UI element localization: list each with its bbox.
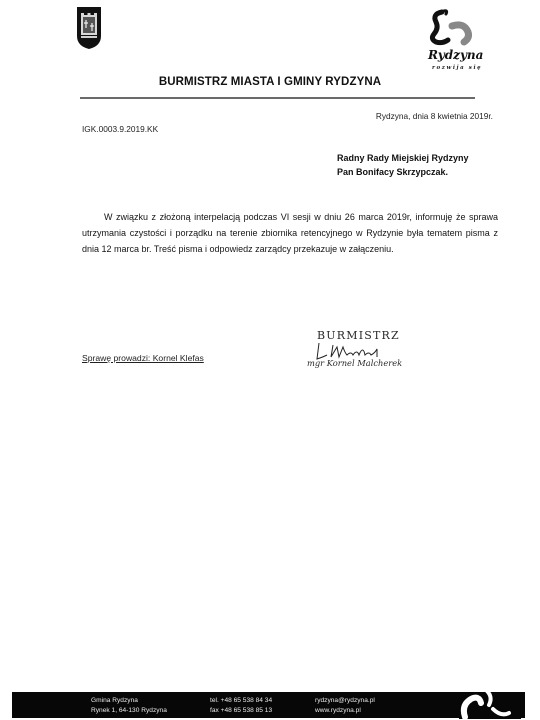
signature-stamp: BURMISTRZ mgr Kornel Malcherek xyxy=(305,325,445,385)
date-line: Rydzyna, dnia 8 kwietnia 2019r. xyxy=(376,111,493,121)
footer-bar: Gmina Rydzyna Rynek 1, 64-130 Rydzyna te… xyxy=(12,692,525,718)
footer-email[interactable]: rydzyna@rydzyna.pl xyxy=(315,696,375,706)
letterhead-title: BURMISTRZ MIASTA I GMINY RYDZYNA xyxy=(0,76,540,88)
footer-website[interactable]: www.rydzyna.pl xyxy=(315,706,375,716)
recipient-block: Radny Rady Miejskiej Rydzyny Pan Bonifac… xyxy=(337,151,469,179)
rydzyna-logo: Rydzyna rozwija się xyxy=(420,8,500,74)
reference-number: IGK.0003.9.2019.KK xyxy=(82,124,158,134)
footer-fax: fax +48 65 538 85 13 xyxy=(210,706,272,716)
letter-body: W związku z złożoną interpelacją podczas… xyxy=(82,209,498,258)
footer-tel: tel. +48 65 538 84 34 xyxy=(210,696,272,706)
footer-org: Gmina Rydzyna xyxy=(91,696,167,706)
logo-tagline: rozwija się xyxy=(432,65,482,71)
signature-name: mgr Kornel Malcherek xyxy=(307,358,402,368)
coat-of-arms-icon xyxy=(76,6,102,50)
recipient-line: Radny Rady Miejskiej Rydzyny xyxy=(337,151,469,165)
case-officer: Sprawę prowadzi: Kornel Klefas xyxy=(82,353,204,363)
logo-name: Rydzyna xyxy=(428,48,483,62)
footer-address: Rynek 1, 64-130 Rydzyna xyxy=(91,706,167,716)
header-divider xyxy=(80,97,475,99)
recipient-line: Pan Bonifacy Skrzypczak. xyxy=(337,165,469,179)
swirl-logo-icon xyxy=(459,687,521,719)
swirl-logo-icon xyxy=(420,8,500,48)
body-paragraph: W związku z złożoną interpelacją podczas… xyxy=(82,209,498,258)
